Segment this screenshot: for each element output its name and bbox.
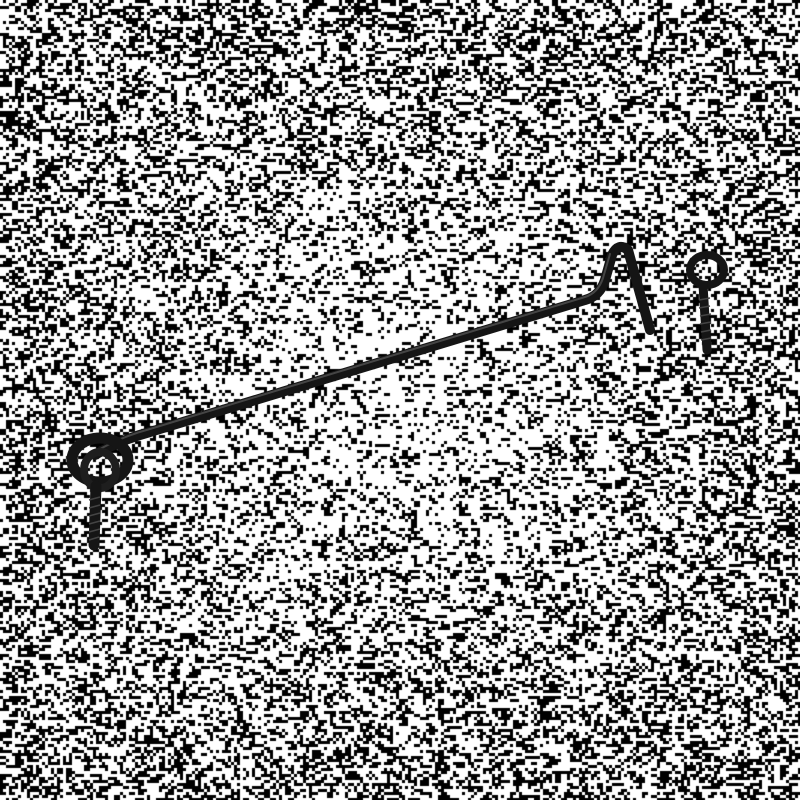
hook-eye-screw	[72, 438, 128, 545]
hook-and-eye-set	[0, 0, 800, 800]
hook-bar	[95, 247, 650, 455]
loose-eye-screw	[690, 255, 724, 350]
product-photo	[0, 0, 800, 800]
